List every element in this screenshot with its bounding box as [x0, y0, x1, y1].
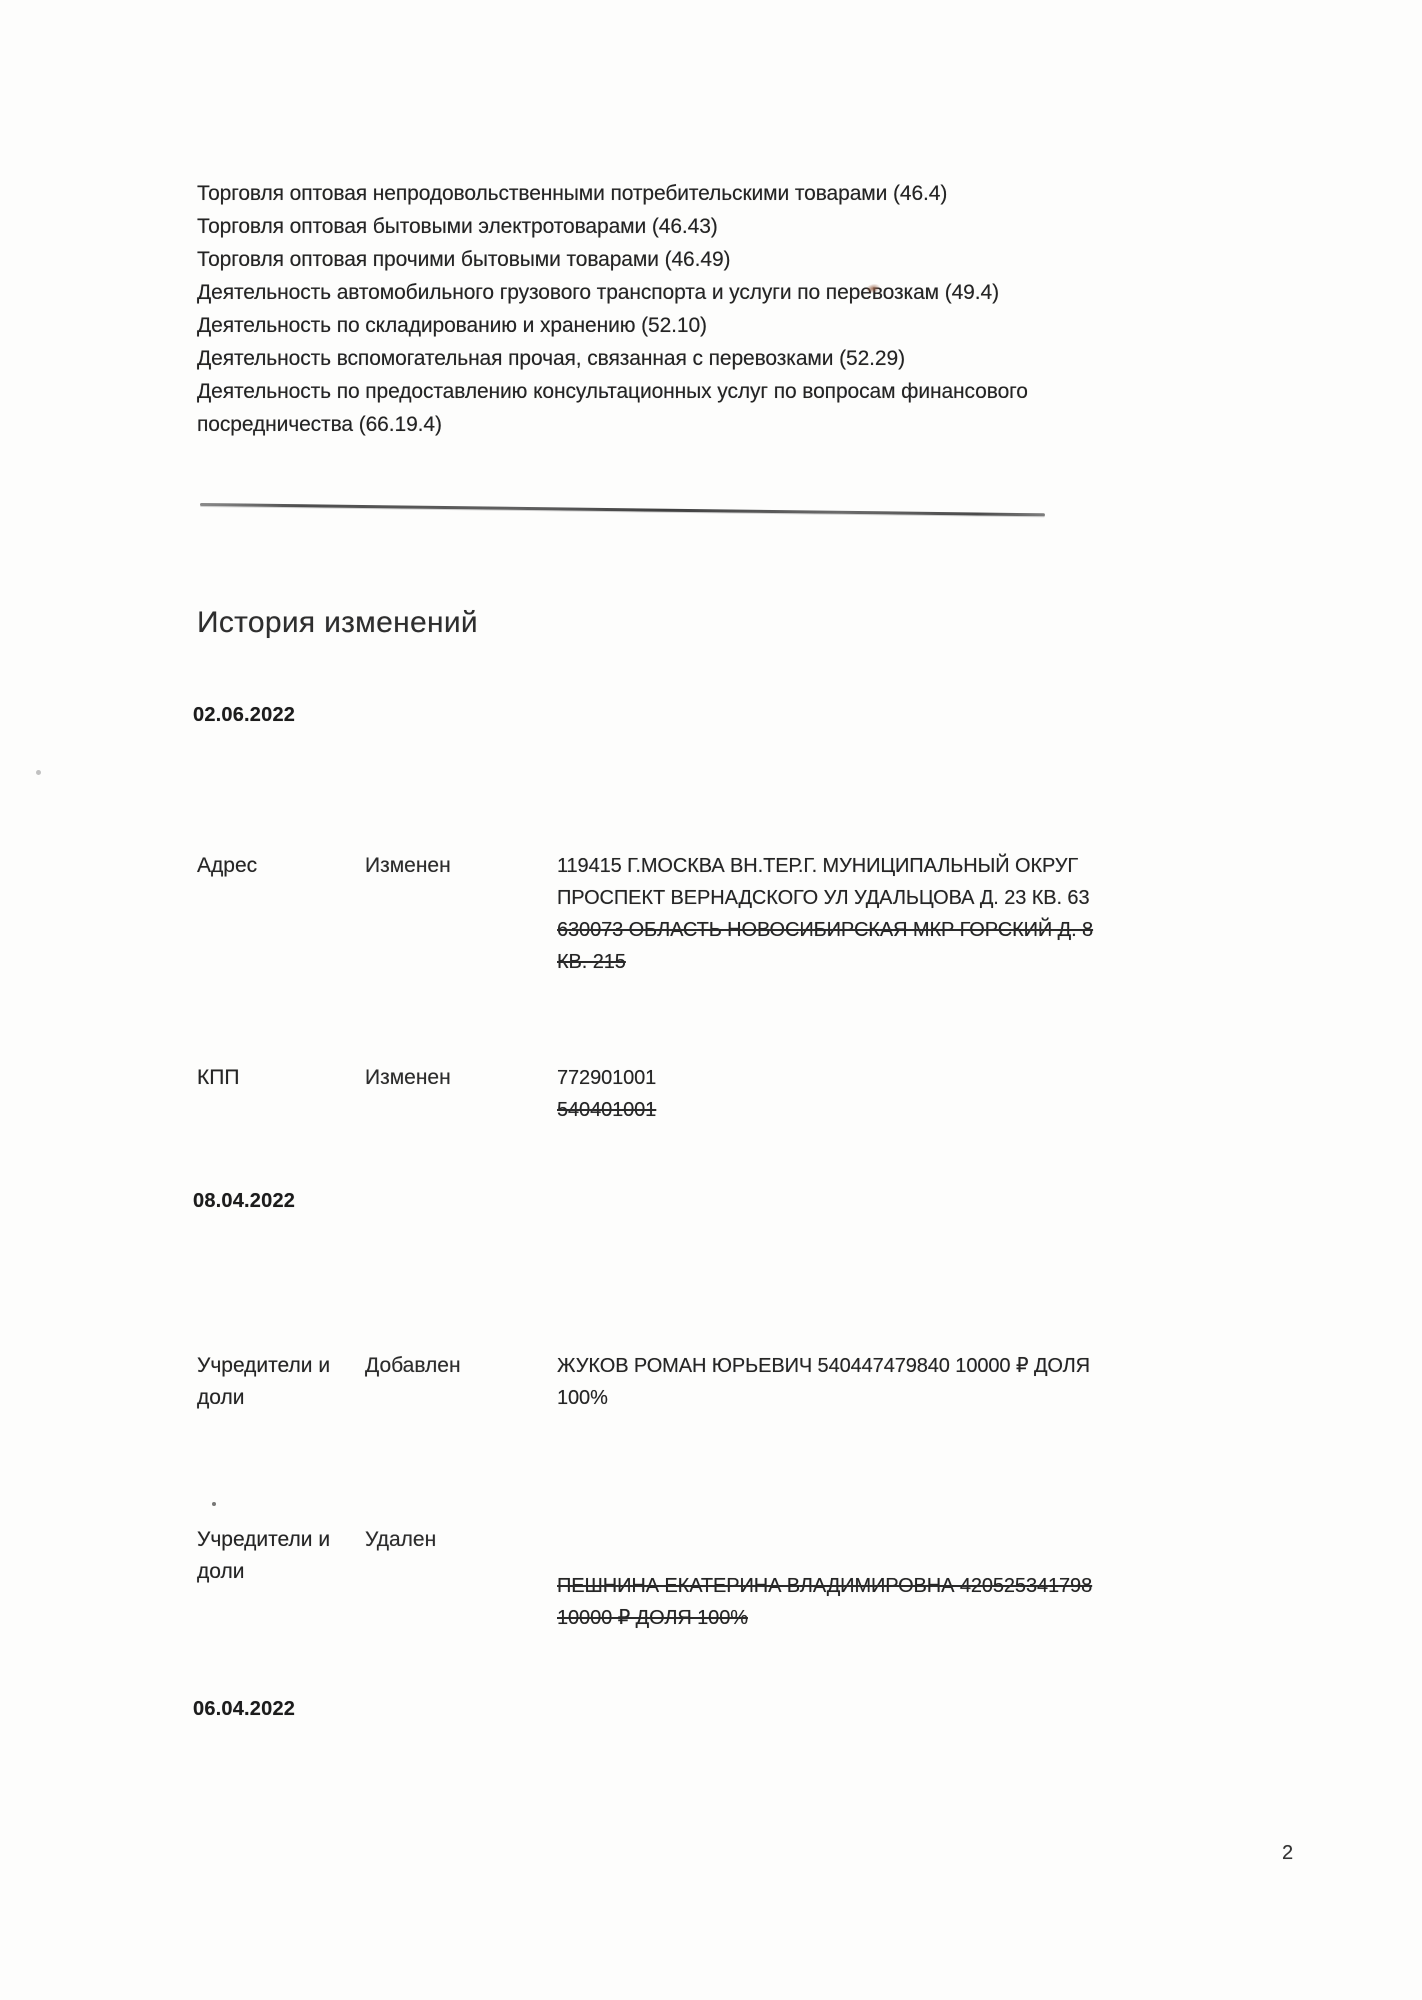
entry-old-value: 540401001	[557, 1094, 1105, 1126]
section-title: История изменений	[197, 602, 1045, 644]
change-date: 08.04.2022	[193, 1186, 1045, 1216]
activities-list: Торговля оптовая непродовольственными по…	[197, 0, 1045, 441]
entry-values: 772901001 540401001	[557, 1062, 1105, 1126]
entry-values: ЖУКОВ РОМАН ЮРЬЕВИЧ 540447479840 10000 ₽…	[557, 1350, 1105, 1414]
document-content: Торговля оптовая непродовольственными по…	[0, 0, 1422, 1724]
history-entry-address: Адрес Изменен 119415 Г.МОСКВА ВН.ТЕР.Г. …	[197, 850, 1105, 978]
entry-field-label: Учредители и доли	[197, 1524, 347, 1588]
document-page: Торговля оптовая непродовольственными по…	[0, 0, 1422, 2000]
entry-action-label: Изменен	[365, 1062, 557, 1094]
entry-old-value: ПЕШНИНА ЕКАТЕРИНА ВЛАДИМИРОВНА 420525341…	[557, 1524, 1105, 1634]
entry-field-label: Учредители и доли	[197, 1350, 347, 1414]
entry-action-label: Добавлен	[365, 1350, 557, 1382]
horizontal-rule	[200, 503, 1045, 516]
page-number: 2	[1282, 1842, 1293, 1865]
entry-action-label: Удален	[365, 1524, 557, 1556]
entry-values: ПЕШНИНА ЕКАТЕРИНА ВЛАДИМИРОВНА 420525341…	[557, 1524, 1105, 1634]
history-entry-founder-added: Учредители и доли Добавлен ЖУКОВ РОМАН Ю…	[197, 1350, 1105, 1414]
entry-field-label: Адрес	[197, 850, 347, 882]
entry-old-value: 630073 ОБЛАСТЬ НОВОСИБИРСКАЯ МКР ГОРСКИЙ…	[557, 914, 1105, 978]
activity-item: Торговля оптовая прочими бытовыми товара…	[197, 243, 1045, 276]
change-date: 02.06.2022	[193, 700, 1045, 730]
entry-new-value: 119415 Г.МОСКВА ВН.ТЕР.Г. МУНИЦИПАЛЬНЫЙ …	[557, 850, 1105, 914]
activity-item: Деятельность по предоставлению консульта…	[197, 375, 1045, 441]
entry-values: 119415 Г.МОСКВА ВН.ТЕР.Г. МУНИЦИПАЛЬНЫЙ …	[557, 850, 1105, 978]
change-date: 06.04.2022	[193, 1694, 1045, 1724]
activity-item: Деятельность автомобильного грузового тр…	[197, 276, 1045, 309]
activity-item: Торговля оптовая бытовыми электротоварам…	[197, 210, 1045, 243]
entry-new-value: 772901001	[557, 1062, 1105, 1094]
entry-field-label: КПП	[197, 1062, 347, 1094]
history-entry-founder-removed: Учредители и доли Удален ПЕШНИНА ЕКАТЕРИ…	[197, 1524, 1105, 1634]
entry-action-label: Изменен	[365, 850, 557, 882]
history-entry-kpp: КПП Изменен 772901001 540401001	[197, 1062, 1105, 1126]
entry-new-value: ЖУКОВ РОМАН ЮРЬЕВИЧ 540447479840 10000 ₽…	[557, 1350, 1105, 1414]
activity-item: Торговля оптовая непродовольственными по…	[197, 177, 1045, 210]
activity-item: Деятельность по складированию и хранению…	[197, 309, 1045, 342]
activity-item: Деятельность вспомогательная прочая, свя…	[197, 342, 1045, 375]
